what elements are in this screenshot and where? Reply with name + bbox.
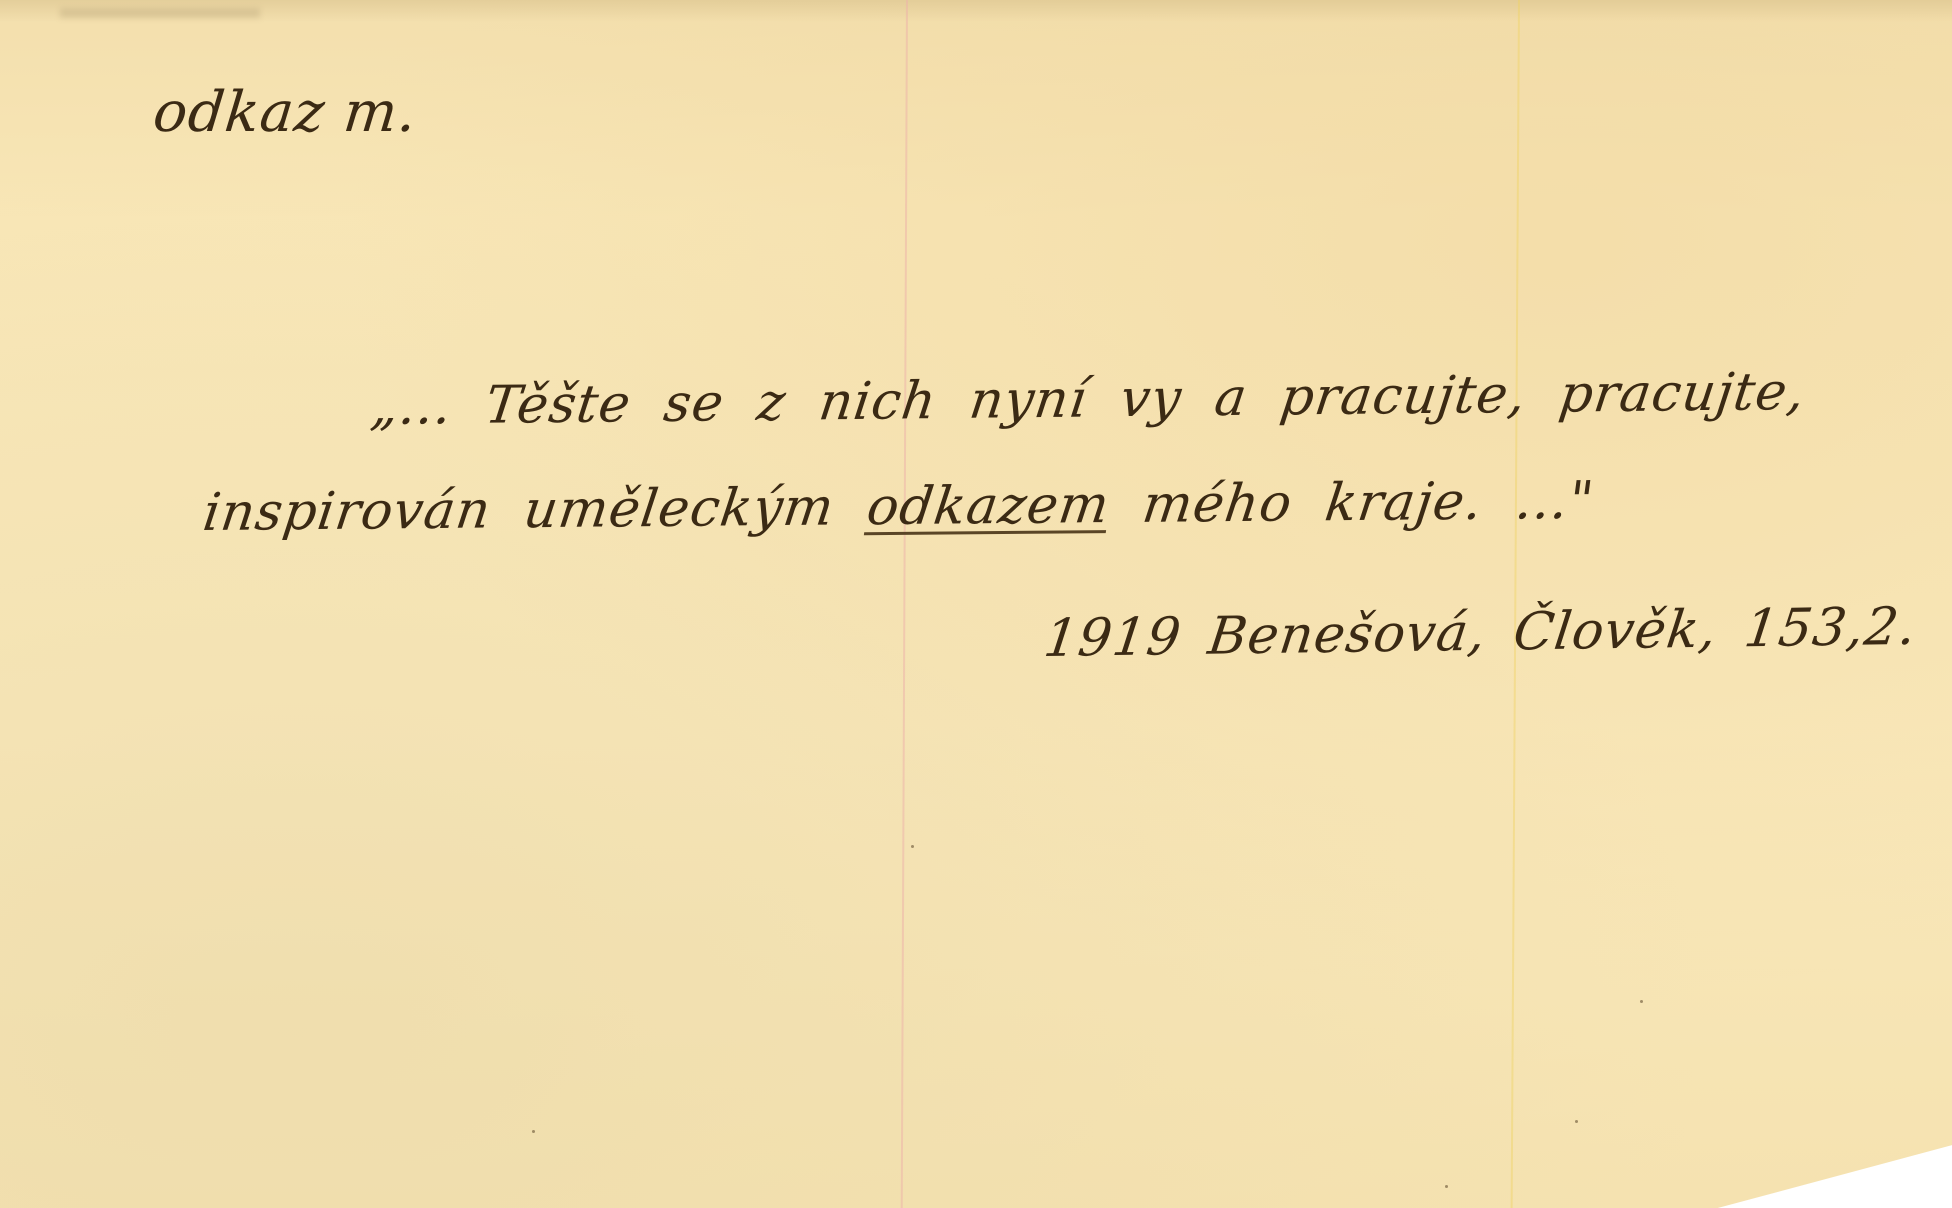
quote-line-2: inspirován uměleckým odkazem mého kraje.… xyxy=(199,466,1598,548)
paper-stain xyxy=(60,8,260,18)
paper-speck xyxy=(1445,1185,1448,1188)
margin-rule-pink xyxy=(901,0,908,1208)
paper-speck xyxy=(532,1130,535,1133)
source-citation: 1919 Benešová, Člověk, 153,2. xyxy=(1040,592,1921,674)
paper-speck xyxy=(1575,1120,1578,1123)
quote-line-1: „... Těšte se z nich nyní vy a pracujte,… xyxy=(367,357,1810,442)
headword: odkaz m. xyxy=(150,78,420,148)
paper-speck xyxy=(1640,1000,1643,1003)
quote-line-2-start: inspirován uměleckým xyxy=(200,477,872,543)
underlined-keyword: odkazem xyxy=(864,475,1114,537)
quote-line-2-end: mého kraje. ..." xyxy=(1105,471,1597,535)
paper-speck xyxy=(911,845,914,848)
index-card: odkaz m. „... Těšte se z nich nyní vy a … xyxy=(0,0,1952,1208)
paper-speck xyxy=(1840,1190,1843,1193)
